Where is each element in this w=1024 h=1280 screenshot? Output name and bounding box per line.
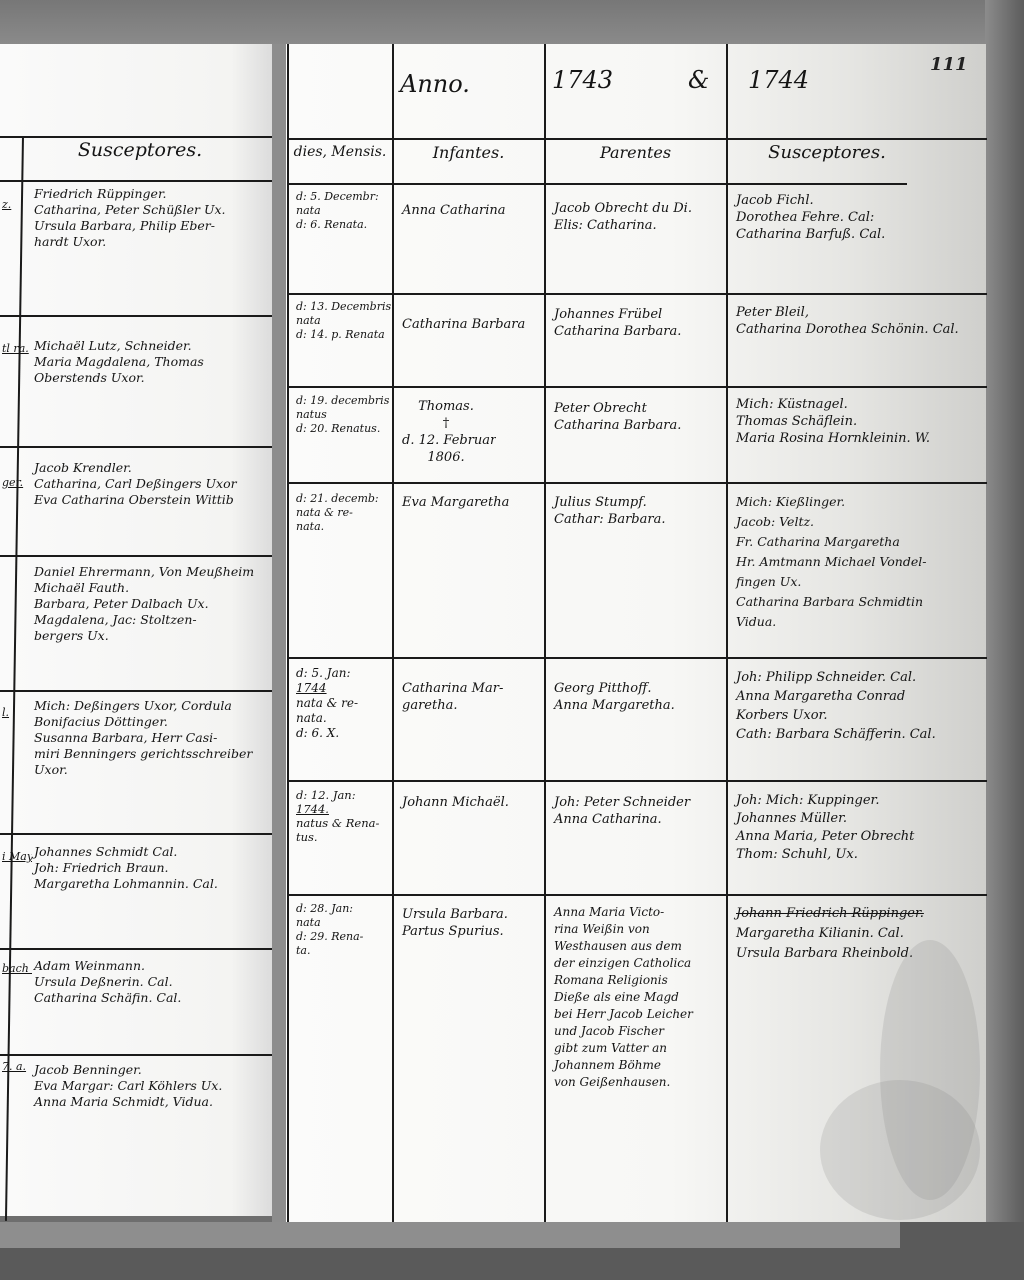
scan-background-top (0, 0, 1024, 44)
entry-parents: Georg Pitthoff. Anna Margaretha. (548, 676, 726, 718)
rule (0, 180, 272, 182)
rule (0, 136, 272, 138)
entry-parents: Julius Stumpf. Cathar: Barbara. (548, 490, 726, 532)
left-entry: Daniel Ehrermann, Von Meußheim Michaël F… (34, 564, 274, 644)
paper-stain (820, 1080, 980, 1220)
book-gutter (272, 44, 286, 1224)
left-entry: Jacob Krendler. Catharina, Carl Deßinger… (34, 460, 274, 508)
left-entry: Johannes Schmidt Cal. Joh: Friedrich Bra… (34, 844, 274, 892)
entry-godparents: Jacob Fichl. Dorothea Fehre. Cal: Cathar… (730, 188, 980, 247)
rule (287, 894, 987, 896)
margin-fragment: bach a. (2, 960, 32, 977)
entry-infant: Ursula Barbara. Partus Spurius. (396, 902, 544, 944)
anno-label: Anno. (400, 70, 470, 98)
entry-parents: Jacob Obrecht du Di. Elis: Catharina. (548, 196, 726, 238)
entry-infant: Johann Michaël. (396, 790, 544, 815)
left-entry: Mich: Deßingers Uxor, Cordula Bonifacius… (34, 698, 274, 778)
rule (726, 44, 728, 1224)
entry-date: d: 13. Decembris nata d: 14. p. Renata (290, 296, 392, 346)
rule (392, 44, 394, 1224)
column-header-susceptores: Susceptores. (727, 144, 927, 180)
rule (287, 780, 987, 782)
rule (0, 948, 272, 950)
left-entry: Michaël Lutz, Schneider. Maria Magdalena… (34, 338, 274, 386)
left-column-header: Susceptores. (40, 142, 240, 159)
left-entry: Jacob Benninger. Eva Margar: Carl Köhler… (34, 1062, 274, 1110)
entry-date: d: 28. Jan: nata d: 29. Rena- ta. (290, 898, 392, 962)
entry-godparents: Mich: Küstnagel. Thomas Schäflein. Maria… (730, 392, 980, 451)
rule (0, 446, 272, 448)
margin-fragment: z. (2, 196, 32, 213)
rule (0, 555, 272, 557)
rule (287, 138, 987, 140)
title-year-1: 1743 (552, 66, 613, 94)
entry-date: d: 12. Jan: 1744. natus & Rena- tus. (290, 784, 392, 848)
rule (287, 44, 289, 1224)
rule (287, 386, 987, 388)
entry-godparents: Joh: Philipp Schneider. Cal. Anna Margar… (730, 664, 980, 748)
column-header-infantes: Infantes. (393, 144, 544, 180)
title-ampersand: & (688, 66, 709, 94)
entry-date: d: 5. Jan: 1744 nata & re- nata. d: 6. X… (290, 662, 392, 745)
left-entry: Friedrich Rüppinger. Catharina, Peter Sc… (34, 186, 274, 250)
entry-infant: Catharina Barbara (396, 312, 544, 337)
page-number: 111 (930, 54, 968, 75)
rule (0, 690, 272, 692)
margin-fragment: 7. a. (2, 1058, 32, 1075)
rule (287, 293, 987, 295)
entry-parents: Peter Obrecht Catharina Barbara. (548, 396, 726, 438)
rule (0, 315, 272, 317)
title-year-2: 1744 (748, 66, 809, 94)
margin-fragment: tl ra. (2, 340, 32, 357)
rule (0, 1054, 272, 1056)
entry-godparents: Peter Bleil, Catharina Dorothea Schönin.… (730, 300, 980, 342)
rule (0, 833, 272, 835)
rule (287, 183, 907, 185)
rule (544, 44, 546, 1224)
entry-infant: Anna Catharina (396, 198, 544, 223)
entry-infant: Catharina Mar- garetha. (396, 676, 544, 718)
margin-fragment: l. (2, 704, 32, 721)
rule (287, 482, 987, 484)
entry-date: d: 21. decemb: nata & re- nata. (290, 488, 392, 538)
left-entry: Adam Weinmann. Ursula Deßnerin. Cal. Cat… (34, 958, 274, 1006)
book-edge-strip (0, 1222, 900, 1248)
margin-fragment: i Mayer. (2, 848, 32, 865)
entry-infant: Thomas. † d. 12. Februar. 1806. (396, 394, 496, 470)
entry-date: d: 5. Decembr: nata d: 6. Renata. (290, 186, 392, 236)
death-cross-icon: † (402, 415, 490, 432)
entry-godparents: Joh: Mich: Kuppinger. Johannes Müller. A… (730, 788, 980, 868)
entry-parents: Anna Maria Victo- rina Weißin von Westha… (548, 900, 726, 1095)
margin-fragment: ger. (2, 474, 32, 491)
entry-date: d: 19. decembris natus d: 20. Renatus. (290, 390, 392, 440)
entry-parents: Johannes Frübel Catharina Barbara. (548, 302, 726, 344)
column-header-parentes: Parentes (545, 144, 726, 180)
scan-background-right (985, 0, 1024, 1280)
column-header-dies: dies, Mensis. (288, 144, 392, 180)
entry-godparents: Mich: Kießlinger. Jacob: Veltz. Fr. Cath… (730, 488, 980, 636)
entry-parents: Joh: Peter Schneider Anna Catharina. (548, 790, 726, 832)
rule (287, 657, 987, 659)
entry-infant: Eva Margaretha (396, 490, 544, 515)
